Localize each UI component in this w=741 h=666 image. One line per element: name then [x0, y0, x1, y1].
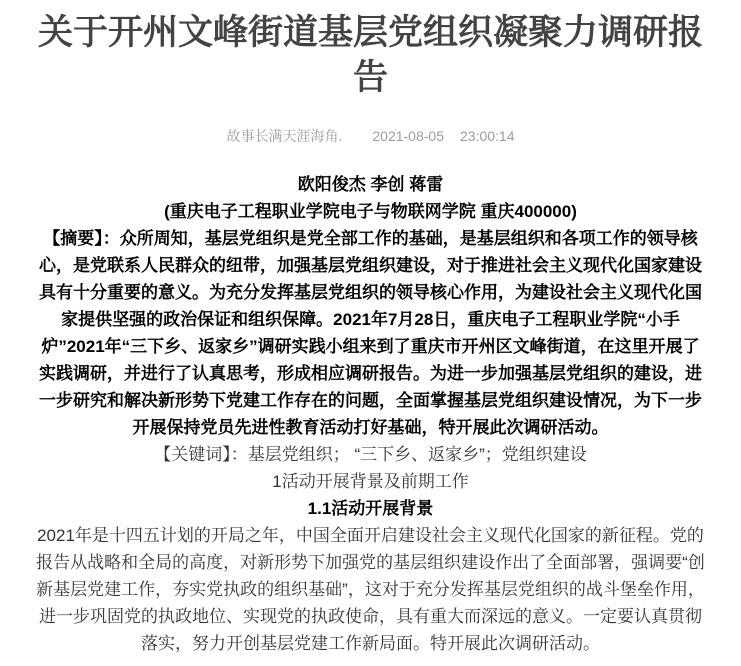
- article-page: 关于开州文峰街道基层党组织凝聚力调研报告 故事长满天涯海角.2021-08-05…: [0, 0, 741, 666]
- authors-line: 欧阳俊杰 李创 蒋雷: [35, 171, 706, 198]
- publish-date: 2021-08-05: [372, 128, 444, 144]
- keywords-line: 【关键词】：基层党组织； “三下乡、返家乡”；党组织建设: [35, 441, 706, 468]
- article-title: 关于开州文峰街道基层党组织凝聚力调研报告: [35, 10, 706, 100]
- affiliation-line: (重庆电子工程职业学院电子与物联网学院 重庆400000): [35, 198, 706, 225]
- section-1-heading: 1活动开展背景及前期工作: [35, 468, 706, 495]
- article-meta-row: 故事长满天涯海角.2021-08-0523:00:14: [35, 126, 706, 147]
- publish-time: 23:00:14: [460, 128, 515, 144]
- section-1-1-paragraph: 2021年是十四五计划的开局之年，中国全面开启建设社会主义现代化国家的新征程。党…: [35, 522, 706, 657]
- author-link[interactable]: 故事长满天涯海角.: [226, 128, 342, 144]
- article-content: 欧阳俊杰 李创 蒋雷 (重庆电子工程职业学院电子与物联网学院 重庆400000)…: [35, 171, 706, 657]
- section-1-1-heading: 1.1活动开展背景: [35, 495, 706, 522]
- abstract-paragraph: 【摘要】：众所周知，基层党组织是党全部工作的基础，是基层组织和各项工作的领导核心…: [35, 225, 706, 441]
